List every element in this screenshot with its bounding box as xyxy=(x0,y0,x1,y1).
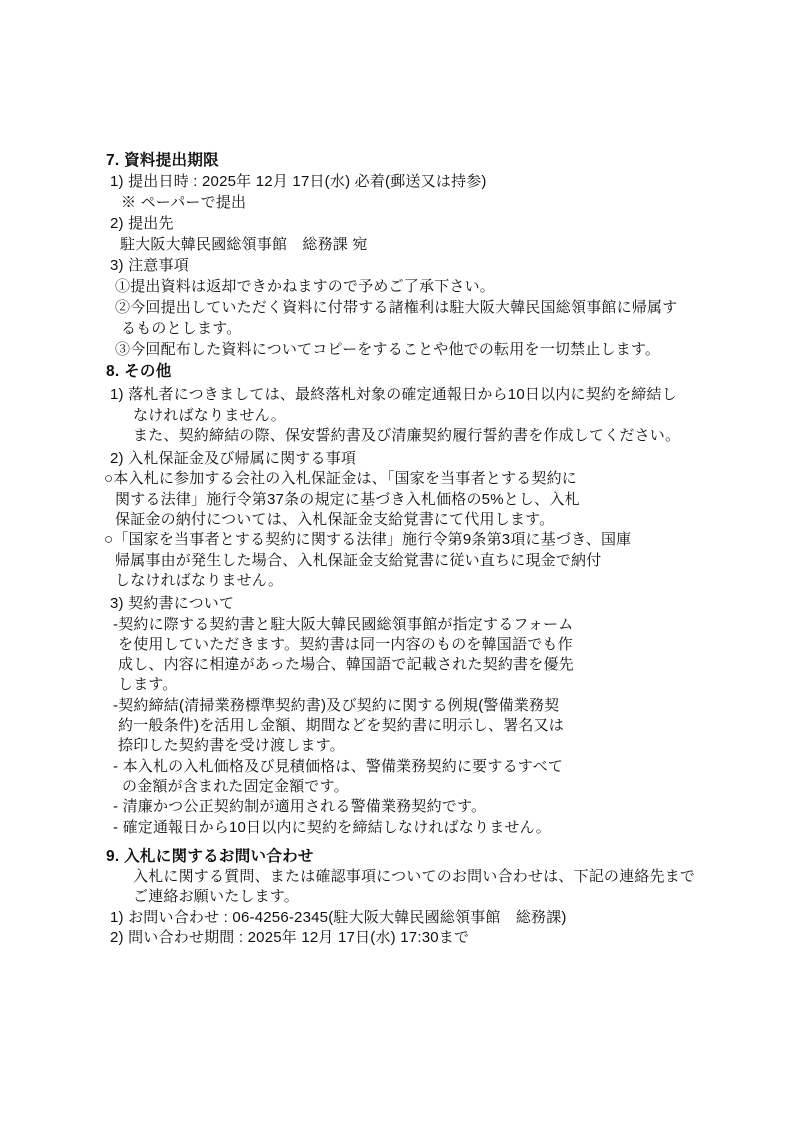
doc-line: 1) 提出日時 : 2025年 12月 17日(水) 必着(郵送又は持参) xyxy=(104,171,744,192)
doc-line: 成し、内容に相違があった場合、韓国語で記載された契約書を優先 xyxy=(104,655,744,675)
doc-line: 関する法律」施行令第37条の規定に基づき入札価格の5%とし、入札 xyxy=(104,490,744,510)
doc-line: 1) 落札者につきましては、最終落札対象の確定通報日から10日以内に契約を締結し xyxy=(104,385,744,405)
doc-line: ○本入札に参加する会社の入札保証金は、「国家を当事者とする契約に xyxy=(104,469,744,489)
document-page: 7. 資料提出期限1) 提出日時 : 2025年 12月 17日(水) 必着(郵… xyxy=(0,0,793,1121)
section-heading: 7. 資料提出期限 xyxy=(104,150,744,171)
doc-line: 約一般条件)を活用し金額、期間などを契約書に明示し、署名又は xyxy=(104,716,744,736)
doc-line: ②今回提出していただく資料に付帯する諸権利は駐大阪大韓民国総領事館に帰属す xyxy=(104,297,744,318)
section-8: 8. その他1) 落札者につきましては、最終落札対象の確定通報日から10日以内に… xyxy=(104,362,744,838)
section-heading: 8. その他 xyxy=(104,362,744,382)
doc-line: しなければなりません。 xyxy=(104,571,744,591)
doc-line: ①提出資料は返却できかねますので予めご了承下さい。 xyxy=(104,276,744,297)
doc-line: ③今回配布した資料についてコピーをすることや他での転用を一切禁止します。 xyxy=(104,339,744,360)
doc-line: 駐大阪大韓民國総領事館 総務課 宛 xyxy=(104,234,744,255)
doc-line: 捺印した契約書を受け渡します。 xyxy=(104,736,744,756)
doc-line: を使用していただきます。契約書は同一内容のものを韓国語でも作 xyxy=(104,635,744,655)
doc-line: るものとします。 xyxy=(104,318,744,339)
doc-line: の金額が含まれた固定金額です。 xyxy=(104,777,744,797)
doc-line: 入札に関する質問、または確認事項についてのお問い合わせは、下記の連絡先まで xyxy=(104,867,744,887)
doc-line: します。 xyxy=(104,675,744,695)
doc-line: ご連絡お願いたします。 xyxy=(104,887,744,907)
doc-line: 1) お問い合わせ : 06-4256-2345(駐大阪大韓民國総領事館 総務課… xyxy=(104,908,744,928)
doc-line: -契約に際する契約書と駐大阪大韓民國総領事館が指定するフォーム xyxy=(104,615,744,635)
doc-line: 保証金の納付については、入札保証金支給覚書にて代用します。 xyxy=(104,510,744,530)
section-9: 9. 入札に関するお問い合わせ入札に関する質問、または確認事項についてのお問い合… xyxy=(104,847,744,948)
doc-line: 2) 提出先 xyxy=(104,213,744,234)
doc-line: - 本入札の入札価格及び見積価格は、警備業務契約に要するすべて xyxy=(104,757,744,777)
doc-line: ○「国家を当事者とする契約に関する法律」施行令第9条第3項に基づき、国庫 xyxy=(104,530,744,550)
doc-line: - 確定通報日から10日以内に契約を締結しなければなりません。 xyxy=(104,818,744,838)
section-heading: 9. 入札に関するお問い合わせ xyxy=(104,847,744,867)
document-content: 7. 資料提出期限1) 提出日時 : 2025年 12月 17日(水) 必着(郵… xyxy=(104,150,744,948)
doc-line: 3) 注意事項 xyxy=(104,255,744,276)
doc-line: 3) 契約書について xyxy=(104,594,744,614)
doc-line: 帰属事由が発生した場合、入札保証金支給覚書に従い直ちに現金で納付 xyxy=(104,551,744,571)
doc-line: - 清廉かつ公正契約制が適用される警備業務契約です。 xyxy=(104,797,744,817)
doc-line: また、契約締結の際、保安誓約書及び清廉契約履行誓約書を作成してください。 xyxy=(104,426,744,446)
doc-line: 2) 入札保証金及び帰属に関する事項 xyxy=(104,449,744,469)
section-7: 7. 資料提出期限1) 提出日時 : 2025年 12月 17日(水) 必着(郵… xyxy=(104,150,744,360)
doc-line: ※ ペーパーで提出 xyxy=(104,192,744,213)
doc-line: なければなりません。 xyxy=(104,406,744,426)
doc-line: -契約締結(清掃業務標準契約書)及び契約に関する例規(警備業務契 xyxy=(104,696,744,716)
doc-line: 2) 問い合わせ期間 : 2025年 12月 17日(水) 17:30まで xyxy=(104,928,744,948)
